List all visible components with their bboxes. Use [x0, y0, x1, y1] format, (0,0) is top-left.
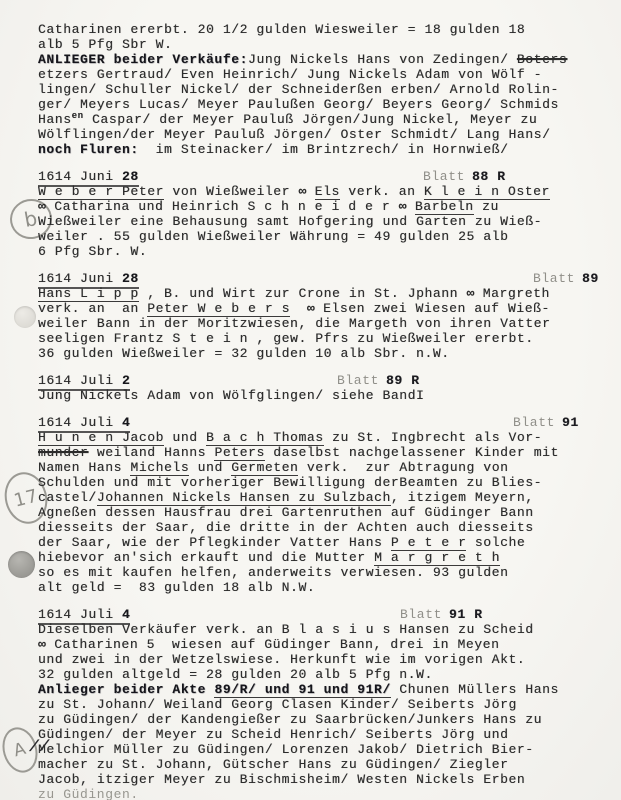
text-line: macher zu St. Johann, Gütscher Hans zu G… [38, 757, 616, 772]
text-run: weiler Bann in der Moritzwiesen, die Mar… [38, 316, 550, 331]
text-run: zu Güdingen. [38, 787, 139, 800]
text-run: Jacob, itziger Meyer zu Bischmisheim/ We… [38, 772, 525, 787]
blatt-reference: Blatt91 [513, 415, 579, 430]
text-run: weiler . 55 gulden Wießweiler Währung = … [38, 229, 508, 244]
document-body: Catharinen ererbt. 20 1/2 gulden Wieswei… [38, 22, 616, 800]
entry-date-day: 28 [122, 271, 139, 286]
entry-date: 1614 Juli 4 [38, 607, 130, 625]
text-run: Anlieger beider Akte [38, 682, 214, 697]
text-run: Peters [214, 445, 264, 461]
entry-header: 1614 Juni 28Blatt88 R [38, 169, 616, 184]
entry-date-day: 4 [122, 607, 130, 622]
blatt-reference: Blatt89 [533, 271, 599, 286]
entry-1614-jul-4-blatt-91: 1614 Juli 4Blatt91H u n e n Jacob und B … [38, 415, 616, 595]
text-line: 32 gulden altgeld = 28 gulden 20 alb 5 P… [38, 667, 616, 682]
text-run: alb 5 Pfg Sbr W. [38, 37, 172, 52]
text-run: ger/ Meyers Lucas/ Meyer Paulußen Georg/… [38, 97, 559, 112]
text-line: ger/ Meyers Lucas/ Meyer Paulußen Georg/… [38, 97, 616, 112]
text-run: P e t e r [391, 535, 467, 551]
text-run: der Saar, wie der Pflegkinder Vatter Han… [38, 535, 391, 550]
text-line: Namen Hans Michels und Germeten verk. zu… [38, 460, 616, 475]
text-run: und [189, 460, 231, 475]
blatt-label: Blatt [513, 415, 555, 430]
entry-header: 1614 Juni 28Blatt89 [38, 271, 616, 286]
text-run: zu St. Johann/ Weiland Georg Clasen Kind… [38, 697, 517, 712]
blatt-label: Blatt [400, 607, 442, 622]
text-run: Catharinen 5 wiesen auf Güdinger Bann, d… [46, 637, 500, 652]
text-line: weiler Bann in der Moritzwiesen, die Mar… [38, 316, 616, 331]
blatt-reference: Blatt91 R [400, 607, 483, 622]
text-run: daselbst nachgelassener Kinder mit [265, 445, 559, 460]
text-run: Peter W e b e r s [147, 301, 290, 317]
text-line: castel/Johannen Nickels Hansen zu Sulzba… [38, 490, 616, 505]
text-line: Hansen Caspar/ der Meyer Pauluß Jörgen/J… [38, 112, 616, 127]
text-run: Schulden und mit vorheriger Bewilligung … [38, 475, 542, 490]
text-run [306, 184, 314, 199]
text-line: ∞ Catharinen 5 wiesen auf Güdinger Bann,… [38, 637, 616, 652]
entry-date-text: 1614 Juli [38, 415, 122, 430]
text-line: und zwei in der Wetzelswiese. Herkunft w… [38, 652, 616, 667]
text-run [290, 301, 307, 316]
text-line: Jacob, itziger Meyer zu Bischmisheim/ We… [38, 772, 616, 787]
text-line: ∞ Catharina und Heinrich S c h n e i d e… [38, 199, 616, 214]
blatt-number: 89 R [379, 373, 420, 388]
blatt-number: 88 R [465, 169, 506, 184]
text-line: hiebevor an'sich erkauft und die Mutter … [38, 550, 616, 565]
entry-header: 1614 Juli 4Blatt91 [38, 415, 616, 430]
text-run: solche [466, 535, 525, 550]
blatt-label: Blatt [337, 373, 379, 388]
entry-date: 1614 Juli 4 [38, 415, 130, 433]
text-run: 6 Pfg Sbr. W. [38, 244, 147, 259]
text-run: im Steinacker/ im Brintzrech/ in Hornwie… [139, 142, 509, 157]
text-line: lingen/ Schuller Nickel/ der Schneiderße… [38, 82, 616, 97]
text-line: zu Güdingen. [38, 787, 616, 800]
entry-date-text: 1614 Juni [38, 169, 122, 184]
text-run: diesseits der Saar, die dritte in der Ac… [38, 520, 534, 535]
text-run: Wölflingen/der Meyer Pauluß Jörgen/ Oste… [38, 127, 550, 142]
marriage-symbol: ∞ [307, 301, 315, 316]
entry-date: 1614 Juni 28 [38, 271, 139, 289]
marriage-symbol: ∞ [38, 637, 46, 652]
text-line: noch Fluren: im Steinacker/ im Brintzrec… [38, 142, 616, 157]
entry-date: 1614 Juli 2 [38, 373, 130, 391]
text-line: diesseits der Saar, die dritte in der Ac… [38, 520, 616, 535]
text-line: alt geld = 83 gulden 18 alb N.W. [38, 580, 616, 595]
text-run: Caspar/ der Meyer Pauluß Jörgen/Jung Nic… [84, 112, 538, 127]
text-run: zu Güdingen/ der Kandengießer zu Saarbrü… [38, 712, 542, 727]
text-run: B a c h Thomas [206, 430, 324, 446]
text-line: weiler . 55 gulden Wießweiler Währung = … [38, 229, 616, 244]
text-run: und zwei in der Wetzelswiese. Herkunft w… [38, 652, 525, 667]
entry-date-day: 4 [122, 415, 130, 430]
text-run: en [72, 111, 84, 121]
text-run: etzers Gertraud/ Even Heinrich/ Jung Nic… [38, 67, 542, 82]
intro-anlieger-paragraph: Catharinen ererbt. 20 1/2 gulden Wieswei… [38, 22, 616, 157]
text-run: K l e i n Oster [424, 184, 550, 200]
text-line: Wießweiler eine Behausung samt Hofgering… [38, 214, 616, 229]
text-run: und [164, 430, 206, 445]
text-run: zu St. Ingbrecht als Vor- [324, 430, 542, 445]
blatt-number: 91 R [442, 607, 483, 622]
text-line: zu St. Johann/ Weiland Georg Clasen Kind… [38, 697, 616, 712]
text-run: verk. an an [38, 301, 147, 316]
blatt-reference: Blatt88 R [423, 169, 506, 184]
text-run: Johannen Nickels Hansen zu Sulzbach [97, 490, 391, 506]
text-run: von Wießweiler [164, 184, 298, 199]
text-run: so es mit kaufen helfen, anderweits verw… [38, 565, 508, 580]
text-run: noch Fluren: [38, 142, 139, 157]
text-line: zu Güdingen/ der Kandengießer zu Saarbrü… [38, 712, 616, 727]
text-run: Jung Nickels Hans von Zedingen/ [248, 52, 517, 67]
entry-header: 1614 Juli 4Blatt91 R [38, 607, 616, 622]
text-run: 89/R/ und 91 und 91R/ [214, 682, 390, 698]
text-run: ANLIEGER beider Verkäufe: [38, 52, 248, 67]
text-run: Elsen zwei Wiesen auf Wieß- [315, 301, 550, 316]
hole-punch-top [14, 306, 36, 328]
text-run: Catharina und Heinrich S c h n e i d e r [46, 199, 399, 214]
hole-punch-bottom [8, 551, 35, 578]
entry-1614-jul-4-blatt-91r: 1614 Juli 4Blatt91 RDieselben Verkäufer … [38, 607, 616, 800]
scanned-document-page: b 17 A // Catharinen ererbt. 20 1/2 guld… [0, 0, 621, 800]
text-run: seeligen Frantz S t e i n , gew. Pfrs zu… [38, 331, 534, 346]
entry-date-text: 1614 Juni [38, 271, 122, 286]
text-line: Anlieger beider Akte 89/R/ und 91 und 91… [38, 682, 616, 697]
text-line: 6 Pfg Sbr. W. [38, 244, 616, 259]
entry-1614-jun-28-blatt-89: 1614 Juni 28Blatt89Hans L i p p , B. und… [38, 271, 616, 361]
text-run: munder [38, 445, 88, 460]
text-line: alb 5 Pfg Sbr W. [38, 37, 616, 52]
text-line: der Saar, wie der Pflegkinder Vatter Han… [38, 535, 616, 550]
text-run: alt geld = 83 gulden 18 alb N.W. [38, 580, 315, 595]
text-run: Agneßen dessen Hausfrau drei Gartenruthe… [38, 505, 534, 520]
text-run: Barbeln [415, 199, 474, 215]
text-run: 32 gulden altgeld = 28 gulden 20 alb 5 P… [38, 667, 433, 682]
text-run: Germeten [231, 460, 298, 476]
text-run: , itzigem Meyern, [391, 490, 534, 505]
text-line: seeligen Frantz S t e i n , gew. Pfrs zu… [38, 331, 616, 346]
entry-date: 1614 Juni 28 [38, 169, 139, 187]
text-run: lingen/ Schuller Nickel/ der Schneiderße… [38, 82, 559, 97]
text-run: Wießweiler eine Behausung samt Hofgering… [38, 214, 542, 229]
entry-date-day: 2 [122, 373, 130, 388]
blatt-number: 89 [575, 271, 599, 286]
text-run: Els [315, 184, 340, 200]
entry-date-day: 28 [122, 169, 139, 184]
text-run: Catharinen ererbt. 20 1/2 gulden Wieswei… [38, 22, 525, 37]
entry-date-text: 1614 Juli [38, 373, 122, 388]
blatt-number: 91 [555, 415, 579, 430]
text-line: ANLIEGER beider Verkäufe:Jung Nickels Ha… [38, 52, 616, 67]
text-run: Michels [130, 460, 189, 476]
text-run: zu [474, 199, 499, 214]
text-run [406, 199, 414, 214]
text-run: Boters [517, 52, 567, 67]
text-line: Agneßen dessen Hausfrau drei Gartenruthe… [38, 505, 616, 520]
text-run: Chunen Müllers Hans [391, 682, 559, 697]
text-run: Margreth [474, 286, 550, 301]
blatt-reference: Blatt89 R [337, 373, 420, 388]
text-line: Güdingen/ der Meyer zu Scheid Henrich/ S… [38, 727, 616, 742]
text-line: Schulden und mit vorheriger Bewilligung … [38, 475, 616, 490]
text-line: munder weiland Hanns Peters daselbst nac… [38, 445, 616, 460]
text-run: hiebevor an'sich erkauft und die Mutter [38, 550, 374, 565]
text-run: castel/ [38, 490, 97, 505]
text-line: Wölflingen/der Meyer Pauluß Jörgen/ Oste… [38, 127, 616, 142]
text-line: Melchior Müller zu Güdingen/ Lorenzen Ja… [38, 742, 616, 757]
text-line: so es mit kaufen helfen, anderweits verw… [38, 565, 616, 580]
text-run: Güdingen/ der Meyer zu Scheid Henrich/ S… [38, 727, 508, 742]
text-run: Hans [38, 112, 72, 127]
text-run: Melchior Müller zu Güdingen/ Lorenzen Ja… [38, 742, 534, 757]
text-run: M a r g r e t h [374, 550, 500, 566]
entry-1614-jul-2-blatt-89r: 1614 Juli 2Blatt89 RJung Nickels Adam vo… [38, 373, 616, 403]
marriage-symbol: ∞ [38, 199, 46, 214]
entry-date-text: 1614 Juli [38, 607, 122, 622]
entry-1614-jun-28-blatt-88r: 1614 Juni 28Blatt88 RW e b e r Peter von… [38, 169, 616, 259]
blatt-label: Blatt [533, 271, 575, 286]
text-run: verk. an [340, 184, 424, 199]
text-line: etzers Gertraud/ Even Heinrich/ Jung Nic… [38, 67, 616, 82]
text-run: 36 gulden Wießweiler = 32 gulden 10 alb … [38, 346, 450, 361]
text-run: macher zu St. Johann, Gütscher Hans zu G… [38, 757, 508, 772]
text-line: verk. an an Peter W e b e r s ∞ Elsen zw… [38, 301, 616, 316]
text-run: weiland Hanns [88, 445, 214, 460]
blatt-label: Blatt [423, 169, 465, 184]
text-line: 36 gulden Wießweiler = 32 gulden 10 alb … [38, 346, 616, 361]
text-line: Catharinen ererbt. 20 1/2 gulden Wieswei… [38, 22, 616, 37]
text-run: verk. zur Abtragung von [298, 460, 508, 475]
text-run: , B. und Wirt zur Crone in St. Jphann [139, 286, 467, 301]
entry-header: 1614 Juli 2Blatt89 R [38, 373, 616, 388]
text-run: Namen Hans [38, 460, 130, 475]
